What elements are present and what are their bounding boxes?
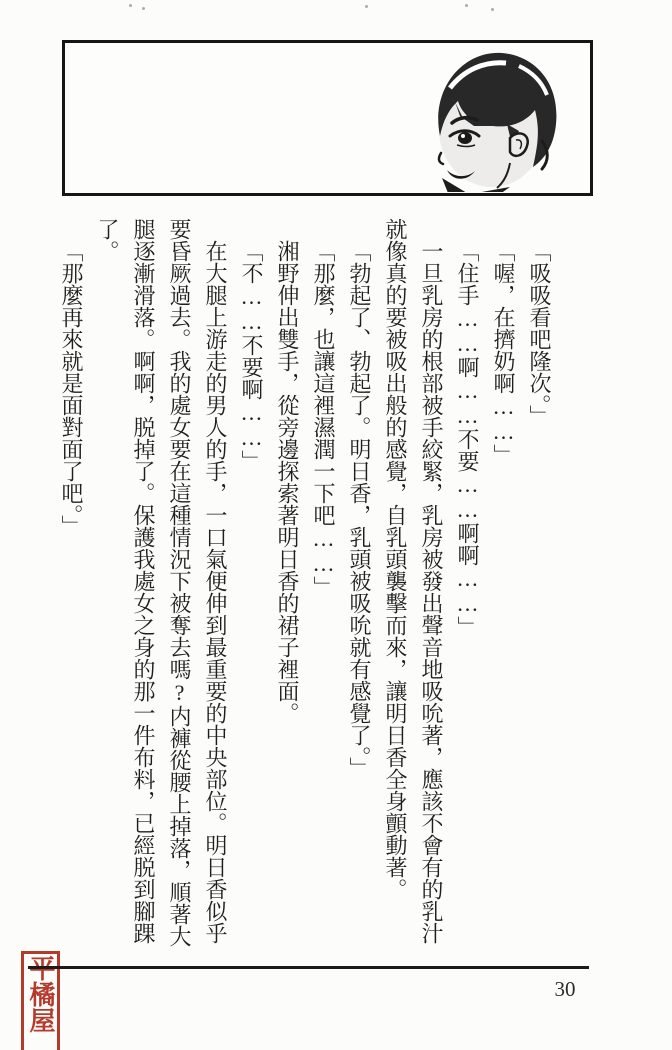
novel-paragraph: 「住手……啊……不要……啊啊……」	[449, 218, 485, 950]
novel-paragraph: 湘野伸出雙手，從旁邊探索著明日香的裙子裡面。	[269, 218, 305, 950]
nose	[439, 153, 443, 164]
scan-speck	[365, 5, 368, 8]
scan-speck	[491, 8, 494, 11]
scan-speck	[129, 4, 132, 7]
publisher-seal-text: 平橘屋	[24, 955, 57, 1050]
novel-paragraph: 一旦乳房的根部被手絞緊，乳房被發出聲音地吸吮著，應該不會有的乳汁就像真的要被吸出…	[377, 218, 449, 950]
footer-rule	[28, 966, 589, 969]
eye-glint	[461, 134, 465, 138]
scan-speck	[142, 7, 145, 10]
scanned-book-page: 「吸吸看吧隆次。」「喔，在擠奶啊……」「住手……啊……不要……啊啊……」一旦乳房…	[0, 0, 672, 1050]
novel-paragraph: 「吸吸看吧隆次。」	[521, 218, 557, 950]
ear	[510, 133, 528, 155]
scan-speck	[465, 4, 468, 7]
eye-pupil	[458, 132, 472, 144]
collar-shadow	[476, 187, 510, 192]
novel-paragraph: 「那麼再來就是面對面了吧。」	[53, 218, 89, 950]
novel-paragraph: 「不……不要啊……」	[233, 218, 269, 950]
novel-paragraph: 「勃起了、勃起了。明日香，乳頭被吸吮就有感覺了。」	[341, 218, 377, 950]
manga-character-face-illustration	[422, 46, 572, 192]
illustration-panel	[62, 40, 593, 196]
novel-paragraph: 在大腿上游走的男人的手，一口氣便伸到最重要的中央部位。明日香似乎要昏厥過去。我的…	[89, 218, 233, 950]
novel-paragraph: 「喔，在擠奶啊……」	[485, 218, 521, 950]
novel-text: 「吸吸看吧隆次。」「喔，在擠奶啊……」「住手……啊……不要……啊啊……」一旦乳房…	[50, 218, 557, 950]
page-number: 30	[546, 977, 584, 1002]
novel-paragraph: 「那麼，也讓這裡濕潤一下吧……」	[305, 218, 341, 950]
